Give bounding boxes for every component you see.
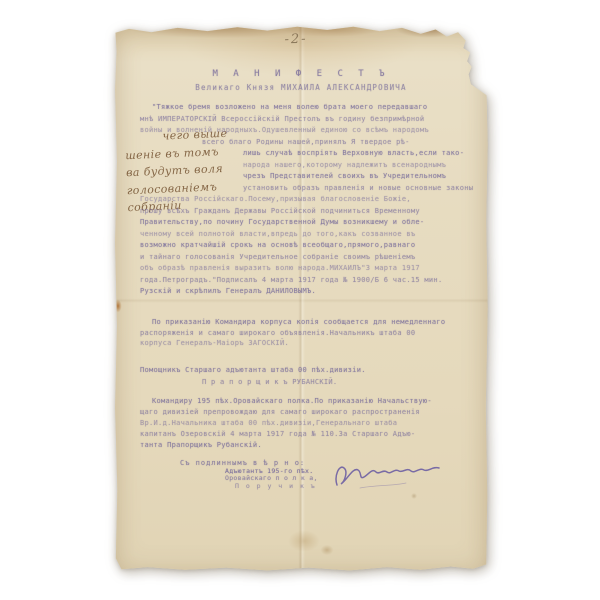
typed-line: Командиру 195 пѣх.Оровайскаго полка.По п… <box>140 396 474 407</box>
typed-line: установить образъ правленія и новые осно… <box>140 183 474 195</box>
typed-line: возможно кратчайшій срокъ на основѣ всео… <box>140 240 474 252</box>
typed-line: танта Прапорщикъ Рубанскій. <box>140 440 474 451</box>
typed-line: корпуса Генералъ-Маіоръ ЗАГОСКІЙ. <box>140 338 474 349</box>
typed-line: мнѣ ИМПЕРАТОРСКІЙ Всероссійскій Престолъ… <box>140 114 474 126</box>
certification-paragraph: Помощникъ Старшаго адъютанта штаба 00 пѣ… <box>140 364 474 388</box>
page-number: -2- <box>114 27 478 52</box>
typed-line: Помощникъ Старшаго адъютанта штаба 00 пѣ… <box>140 364 474 376</box>
manifesto-subtitle: Великаго Князя МИХАИЛА АЛЕКСАНДРОВИЧА <box>114 83 488 92</box>
typed-line: капитанъ Озеровскій 4 марта 1917 года № … <box>140 429 474 440</box>
typed-line: Правительству,по почину Государственной … <box>140 217 474 229</box>
signature-ink-stroke <box>330 454 448 496</box>
typed-line: всего благо Родины нашей,принялъ Я тверд… <box>140 137 474 149</box>
manifesto-title: М А Н И Ф Е С Т Ъ <box>114 69 488 79</box>
typed-line: объ образѣ правленія выразитъ волю народ… <box>140 263 474 275</box>
typed-line: П р а п о р щ и к ъ РУБАНСКІЙ. <box>140 376 474 388</box>
typed-line: Государства Россійскаго.Посему,призывая … <box>140 194 474 206</box>
typed-line: "Тяжкое бремя возложено на меня волею бр… <box>140 102 474 114</box>
typed-line: Вр.И.д.Начальника штаба 00 пѣх.дивизіи,Г… <box>140 418 474 429</box>
photo-backdrop: -2- М А Н И Ф Е С Т Ъ Великаго Князя МИХ… <box>0 0 600 600</box>
forwarding-paragraph: Командиру 195 пѣх.Оровайскаго полка.По п… <box>140 396 474 451</box>
typed-line: ченному всей полнотой власти,впредь до т… <box>140 229 474 241</box>
typed-line: чрезъ Представителей своихъ въ Учредител… <box>140 171 474 183</box>
typed-line: и тайнаго голосованія Учредительное собр… <box>140 252 474 264</box>
typed-line: войны и волненій народныхъ.Одушевленный … <box>140 125 474 137</box>
signature-handwritten <box>330 454 448 500</box>
corps-order-paragraph: По приказанію Командира корпуса копія со… <box>140 317 474 349</box>
typed-line: По приказанію Командира корпуса копія со… <box>140 317 474 328</box>
aged-paper-surface: -2- М А Н И Ф Е С Т Ъ Великаго Князя МИХ… <box>114 24 488 572</box>
manifesto-body: "Тяжкое бремя возложено на меня волею бр… <box>140 102 474 298</box>
typed-line: распоряженія и самаго широкаго объявлені… <box>140 328 474 339</box>
typed-line: Рузскій и скрѣпилъ Генералъ ДАНИЛОВЫМЪ. <box>140 286 474 298</box>
typed-line: лишь случаѣ воспріять Верховную власть,е… <box>140 148 474 160</box>
typed-line: года.Петроградъ."Подписалъ 4 марта 1917 … <box>140 275 474 287</box>
document-sheet: -2- М А Н И Ф Е С Т Ъ Великаго Князя МИХ… <box>114 24 488 572</box>
typed-line: народа нашего,которому надлежитъ всенаро… <box>140 160 474 172</box>
typed-line: щаго дивизіей препровождаю для самаго ши… <box>140 407 474 418</box>
typed-line: прошу всѣхъ Гражданъ Державы Россійской … <box>140 206 474 218</box>
